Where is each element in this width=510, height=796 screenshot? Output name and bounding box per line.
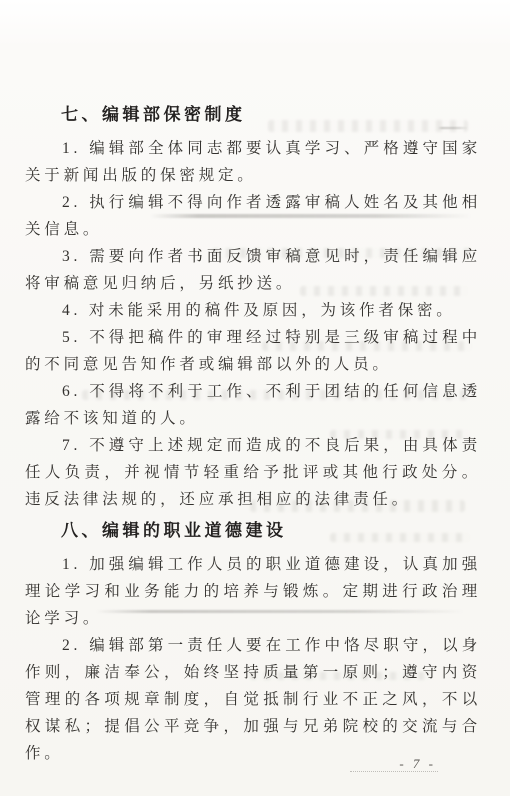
paragraph: 2. 执行编辑不得向作者透露审稿人姓名及其他相关信息。 xyxy=(25,189,481,243)
section-confidentiality-rules: 七、编辑部保密制度 1. 编辑部全体同志都要认真学习、严格遵守国家关于新闻出版的… xyxy=(25,101,481,513)
paragraph: 7. 不遵守上述规定而造成的不良后果，由具体责任人负责，并视情节轻重给予批评或其… xyxy=(25,432,481,513)
section-heading: 八、编辑的职业道德建设 xyxy=(25,517,481,544)
section-heading: 七、编辑部保密制度 xyxy=(25,101,481,128)
paragraph: 1. 编辑部全体同志都要认真学习、严格遵守国家关于新闻出版的保密规定。 xyxy=(25,135,481,189)
section-professional-ethics: 八、编辑的职业道德建设 1. 加强编辑工作人员的职业道德建设，认真加强理论学习和… xyxy=(25,517,481,767)
paragraph: 3. 需要向作者书面反馈审稿意见时，责任编辑应将审稿意见归纳后，另纸抄送。 xyxy=(25,243,481,297)
page-number: - 7 - xyxy=(399,756,436,772)
paragraph: 1. 加强编辑工作人员的职业道德建设，认真加强理论学习和业务能力的培养与锻炼。定… xyxy=(25,551,481,632)
document-body: 七、编辑部保密制度 1. 编辑部全体同志都要认真学习、严格遵守国家关于新闻出版的… xyxy=(25,99,481,767)
paragraph: 2. 编辑部第一责任人要在工作中恪尽职守，以身作则，廉洁奉公，始终坚持质量第一原… xyxy=(25,632,481,767)
paragraph: 6. 不得将不利于工作、不利于团结的任何信息透露给不该知道的人。 xyxy=(25,378,481,432)
paragraph: 4. 对未能采用的稿件及原因，为该作者保密。 xyxy=(25,297,481,324)
scanned-document-page: 七、编辑部保密制度 1. 编辑部全体同志都要认真学习、严格遵守国家关于新闻出版的… xyxy=(0,0,510,796)
paragraph: 5. 不得把稿件的审理经过特别是三级审稿过程中的不同意见告知作者或编辑部以外的人… xyxy=(25,324,481,378)
